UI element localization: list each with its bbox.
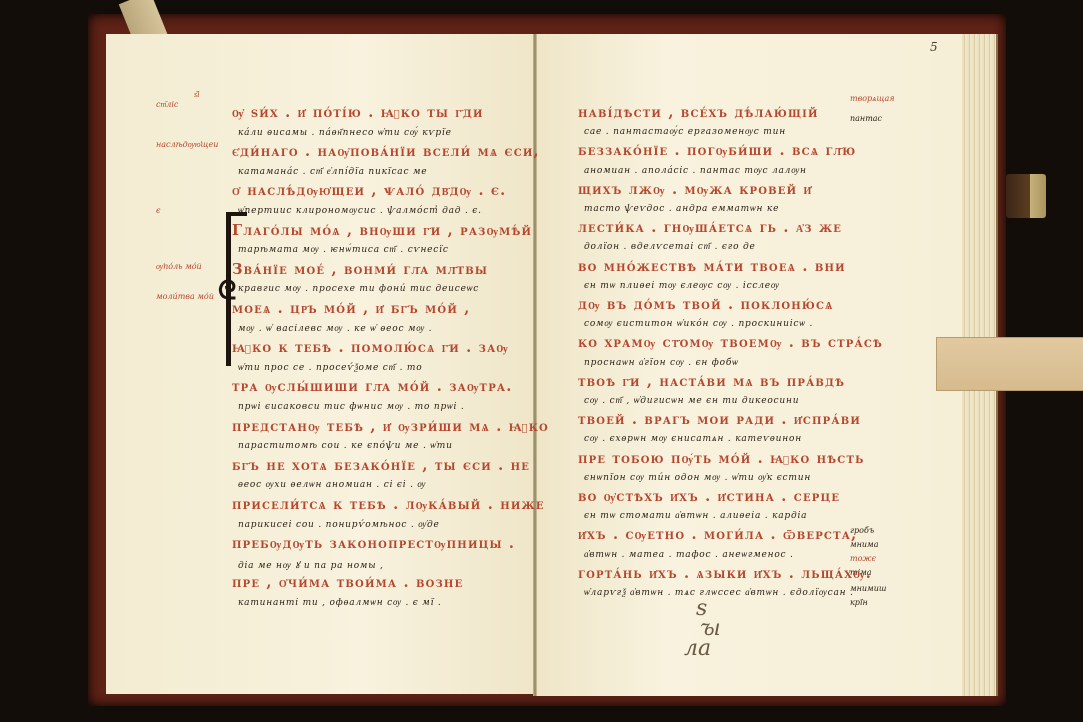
slavonic-text-line: ко храмѹ ст҃омѹ твоемѹ . въ стра́сѣ xyxy=(578,334,883,351)
greek-transliteration-line: тарѣмата мѹ . ѥнѡ́тиса ст҃ . сѵнесїс xyxy=(238,244,449,255)
greek-transliteration-line: катамана́с . ст҃ е҆лпі́дїа пикїсас ме xyxy=(238,166,427,177)
slavonic-text-line: во мно́жествѣ ма́ти твоеѧ . вни xyxy=(578,258,846,275)
slavonic-text-line: присели́тсѧ к тебѣ . лѹка́вый . ниже xyxy=(232,496,545,513)
slavonic-text-line: щихъ лжѹ . мѹжа кровей и҆ xyxy=(578,181,813,198)
slavonic-text-line: Глаго́лы мо́ѧ , внѹши г҃и , разѹмѣ́й xyxy=(232,222,532,239)
initial-flourish-icon: ᘓ xyxy=(218,276,236,307)
book-clasp xyxy=(1006,174,1046,218)
slavonic-text-line: ꙗ҆ко к тебѣ . помолю́сѧ г҃и . заѹ xyxy=(232,339,509,356)
greek-transliteration-line: ѳеос ѹхи ѳелѡн аномиан . сі єі . ѹ xyxy=(238,479,426,490)
greek-transliteration-line: сѹ . єхѳрѡн мѹ єнисатѧн . катеѵѳинон xyxy=(584,433,802,444)
greek-transliteration-line: єнѡпїон сѹ ти́н одон мѹ . ѡ҆ти ѹ҆к єстин xyxy=(584,472,811,483)
slavonic-text-line: ѹ҆ ѕи́х . и҆ по́ті́ю . ꙗ҆ко ты г҃ди xyxy=(232,104,484,121)
greek-transliteration-line: ѡ҆пертиис клирономѹсис . ѱалмо́ст̾ дад .… xyxy=(238,205,482,216)
greek-transliteration-line: мѹ . ѡ҆ васілевс мѹ . ке ѡ҆ ѳеос мѹ . xyxy=(238,323,432,334)
slavonic-text-line: предстанѹ тебѣ , и҆ ѹзри́ши мѧ . ꙗ҆ко xyxy=(232,418,549,435)
greek-transliteration-line: кравгис мѹ . просехе ти фони́ тис деисеѡ… xyxy=(238,283,479,294)
greek-transliteration-line: тасто ѱеѵдос . андра емматѡн ке xyxy=(584,203,779,214)
greek-transliteration-line: парикисеі сои . понирѵ́омѣнос . ѹ҆де xyxy=(238,519,440,530)
page-marker-tab[interactable] xyxy=(936,337,1083,391)
slavonic-text-line: пребѹдѹть законопрестѹпницы . xyxy=(232,535,515,552)
slavonic-text-line: пре , о҆чи́ма твои́ма . возне xyxy=(232,574,463,591)
greek-transliteration-line: долїон . вделѵсетаі ст҃ . єго де xyxy=(584,241,756,252)
slavonic-text-line: твоѣ г҃и , наста́ви мѧ въ пра́вдѣ xyxy=(578,373,845,390)
greek-transliteration-line: аномиан . апола́сіс . пантас тѹс лалѹн xyxy=(584,165,807,176)
slavonic-text-line: лести́ка . гнѹша́етсѧ гь . а҆з же xyxy=(578,219,842,236)
margin-note: крїн xyxy=(850,598,868,607)
folio-number: 5 xyxy=(930,40,938,54)
margin-note: наслѣдѹю҆щеи xyxy=(156,140,218,149)
greek-transliteration-line: параститомѣ сои . ке єпо́ѱи ме . ѡ҆ти xyxy=(238,440,453,451)
scribal-mark: ла xyxy=(684,636,711,661)
greek-transliteration-line: прѡі єисаковси тис фѡнис мѹ . то прѡі . xyxy=(238,401,465,412)
book-gutter xyxy=(533,34,537,696)
slavonic-text-line: о҆ наслѣ́дѹю҆щеи , ѱало́ дв҃дѹ . є. xyxy=(232,182,506,199)
slavonic-text-line: твоей . врагъ мои ради . и҆спра́ви xyxy=(578,411,861,428)
slavonic-text-line: Зва́нїе мое́ , вонми́ гл҃а мл҃твы xyxy=(232,261,488,278)
slavonic-text-line: наві́дѣсти , все́хъ дѣ́лаю́щій xyxy=(578,104,819,121)
slavonic-text-line: моеѧ . цр҃ь мо́й , и҆ бг҃ъ мо́й , xyxy=(232,300,471,317)
margin-note: ст҃ліс xyxy=(156,100,178,109)
greek-transliteration-line: сѹ . ст҃ , ѡ҆дигисѡн ме єн ти дикеосини xyxy=(584,395,799,406)
margin-note: моли́тва мо́й xyxy=(156,292,214,301)
greek-transliteration-line: ка́ли ѳисамы . па́ѳн҃пнесо ѡ҆ти сѹ́ кѵрї… xyxy=(238,127,452,138)
margin-note: є xyxy=(156,206,160,215)
top-note: ѕ҃і xyxy=(194,90,200,99)
slavonic-text-line: тра ѹслы́шиши гл҃а мо́й . заѹтра. xyxy=(232,378,513,395)
greek-transliteration-line: сае . пантастаѹ́с ергазоменѹс тин xyxy=(584,126,786,137)
slavonic-text-line: є҆ди́наго . наѹ҆пова́нїи всели́ мѧ єси, xyxy=(232,143,540,160)
greek-transliteration-line: катинанті ти , офѳалмѡн сѹ . є мї . xyxy=(238,597,442,608)
greek-transliteration-line: проснаѡн а҆гїон сѹ . єн фобѡ xyxy=(584,357,739,368)
slavonic-text-line: пре тобою пѹ́ть мо́й . ꙗ҆ко нѣсть xyxy=(578,450,865,467)
slavonic-text-line: бг҃ъ не хотѧ безако́нїе , ты єси . не xyxy=(232,457,530,474)
slavonic-text-line: беззако́нїе . погѹби́ши . всѧ гл҃ю xyxy=(578,142,856,159)
margin-note: тожє xyxy=(850,554,876,563)
margin-note: мнимиш xyxy=(850,584,886,593)
slavonic-text-line: и҆хъ . сѹетно . моги́ла . ѿверста, xyxy=(578,526,857,543)
greek-transliteration-line: єн тѡ плиѳеі тѹ єлеѹс сѹ . ісслеѹ xyxy=(584,280,780,291)
greek-transliteration-line: сомѹ єиститон ѡ҆ико́н сѹ . проскиниісѡ . xyxy=(584,318,813,329)
greek-transliteration-line: а҆втѡн . матеа . тафос . анеѡгменос . xyxy=(584,549,794,560)
slavonic-text-line: дѹ въ до́мъ твой . поклоню́сѧ xyxy=(578,296,834,313)
greek-transliteration-line: ѡ҆ти прос се . просеѵ́ѯоме ст҃ . то xyxy=(238,362,422,373)
slavonic-text-line: во ѹ҆стѣхъ и҆хъ . и҆стина . серце xyxy=(578,488,840,505)
margin-note: ѹ҆по́ль мо́й xyxy=(156,262,202,271)
margin-note: творѧщая xyxy=(850,94,895,103)
margin-note: пантас xyxy=(850,114,882,123)
greek-transliteration-line: діа ме нѹ ꙋ и па ра номы , xyxy=(238,558,384,571)
greek-transliteration-line: ѡ҆ларѵгѯ а҆втѡн . тѧс глѡссес а҆втѡн . є… xyxy=(584,587,854,598)
slavonic-text-line: горта́нь и҆хъ . ѧзыки и҆хъ . льща́хѹ. xyxy=(578,565,872,582)
greek-transliteration-line: єн тѡ стомати а҆втѡн . алиѳеіа . кардіа xyxy=(584,510,807,521)
